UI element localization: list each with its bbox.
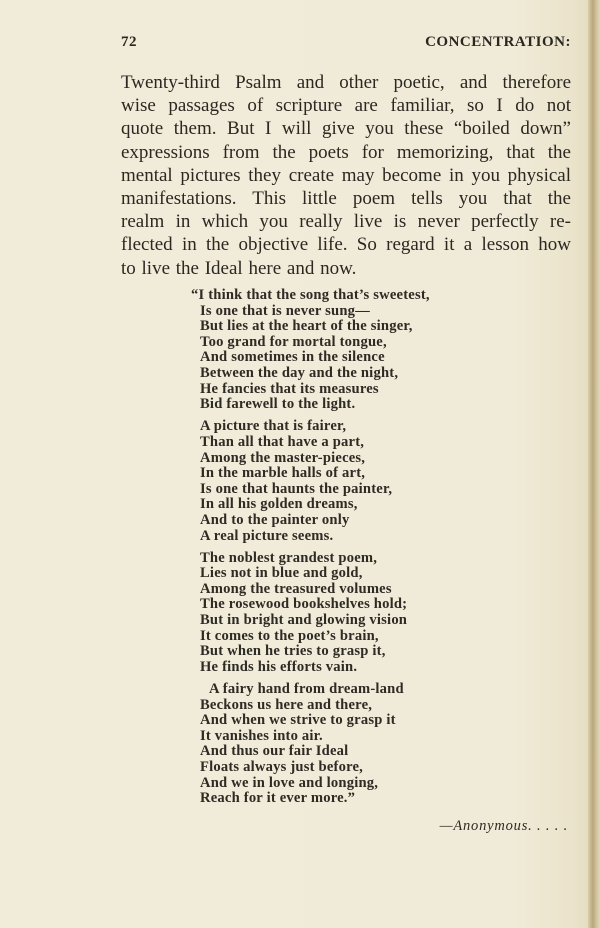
prose-line: Twenty-third Psalm and other poetic, and… bbox=[121, 71, 571, 94]
poem-attribution: —Anonymous. . . . . bbox=[440, 818, 568, 835]
prose-line: mental pictures they create may become i… bbox=[121, 164, 571, 187]
poem-line: Reach for it ever more.” bbox=[200, 791, 560, 807]
prose-line: flected in the objective life. So regard… bbox=[121, 233, 571, 256]
poem-line: Between the day and the night, bbox=[200, 366, 560, 382]
poem-line: A picture that is fairer, bbox=[200, 419, 560, 435]
poem-line: Bid farewell to the light. bbox=[200, 397, 560, 413]
poem-stanza-3: The noblest grandest poem, Lies not in b… bbox=[200, 551, 560, 676]
poem-line: Among the treasured volumes bbox=[200, 582, 560, 598]
book-page: 72 CONCENTRATION: Twenty-third Psalm and… bbox=[0, 0, 600, 928]
running-head: 72 CONCENTRATION: bbox=[121, 34, 571, 54]
poem-line: And we in love and longing, bbox=[200, 776, 560, 792]
prose-paragraph: Twenty-third Psalm and other poetic, and… bbox=[121, 71, 571, 280]
prose-line: realm in which you really live is never … bbox=[121, 210, 571, 233]
prose-line: manifestations. This little poem tells y… bbox=[121, 187, 571, 210]
prose-line: to live the Ideal here and now. bbox=[121, 257, 571, 280]
poem-line: It vanishes into air. bbox=[200, 729, 560, 745]
poem-line: The noblest grandest poem, bbox=[200, 551, 560, 567]
poem-line: “I think that the song that’s sweetest, bbox=[191, 288, 560, 304]
prose-line: quote them. But I will give you these “b… bbox=[121, 117, 571, 140]
poem-line: It comes to the poet’s brain, bbox=[200, 629, 560, 645]
poem-line: But when he tries to grasp it, bbox=[200, 644, 560, 660]
poem-line: Lies not in blue and gold, bbox=[200, 566, 560, 582]
poem-line: Is one that is never sung— bbox=[200, 304, 560, 320]
poem-line: But lies at the heart of the singer, bbox=[200, 319, 560, 335]
page-edge-shadow bbox=[588, 0, 600, 928]
poem-line: The rosewood bookshelves hold; bbox=[200, 597, 560, 613]
poem-line: He finds his efforts vain. bbox=[200, 660, 560, 676]
poem-line: Among the master-pieces, bbox=[200, 451, 560, 467]
prose-line: wise passages of scripture are familiar,… bbox=[121, 94, 571, 117]
poem-line: A fairy hand from dream-land bbox=[209, 682, 560, 698]
poem-line: Beckons us here and there, bbox=[200, 698, 560, 714]
poem-line: He fancies that its measures bbox=[200, 382, 560, 398]
page-number: 72 bbox=[121, 34, 137, 51]
poem-line: And sometimes in the silence bbox=[200, 350, 560, 366]
poem-stanza-2: A picture that is fairer, Than all that … bbox=[200, 419, 560, 544]
poem: “I think that the song that’s sweetest, … bbox=[200, 288, 560, 813]
poem-line: Than all that have a part, bbox=[200, 435, 560, 451]
poem-line: But in bright and glowing vision bbox=[200, 613, 560, 629]
poem-line: In the marble halls of art, bbox=[200, 466, 560, 482]
poem-line: Floats always just before, bbox=[200, 760, 560, 776]
poem-line: Is one that haunts the painter, bbox=[200, 482, 560, 498]
chapter-title: CONCENTRATION: bbox=[425, 34, 571, 51]
poem-line: In all his golden dreams, bbox=[200, 497, 560, 513]
poem-line: A real picture seems. bbox=[200, 529, 560, 545]
poem-stanza-1: “I think that the song that’s sweetest, … bbox=[200, 288, 560, 413]
poem-line: And thus our fair Ideal bbox=[200, 744, 560, 760]
poem-stanza-4: A fairy hand from dream-land Beckons us … bbox=[200, 682, 560, 807]
poem-line: Too grand for mortal tongue, bbox=[200, 335, 560, 351]
poem-line: And to the painter only bbox=[200, 513, 560, 529]
prose-line: expressions from the poets for memorizin… bbox=[121, 141, 571, 164]
poem-line: And when we strive to grasp it bbox=[200, 713, 560, 729]
